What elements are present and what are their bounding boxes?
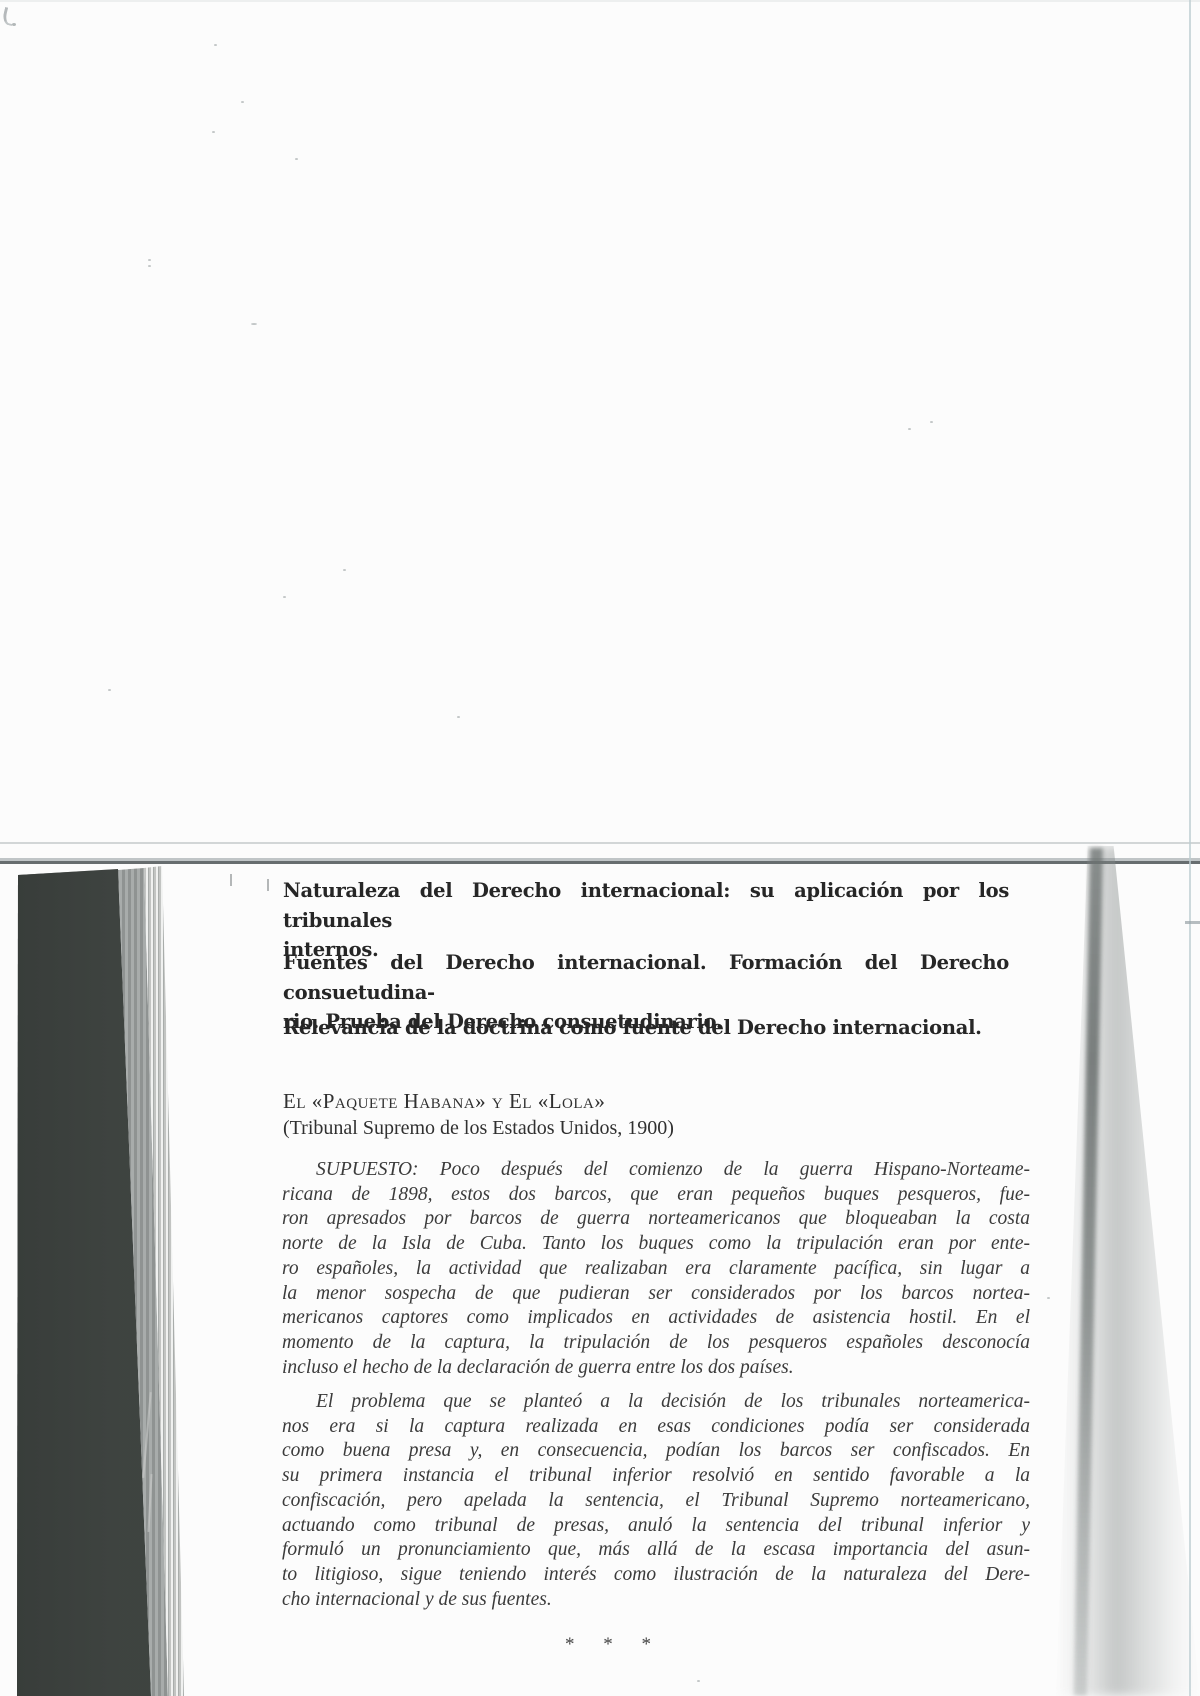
scan-speck	[148, 265, 151, 267]
scan-tick-mark	[267, 879, 269, 891]
scan-speck	[212, 131, 215, 133]
scan-speck	[241, 101, 244, 103]
scanned-page: Naturaleza del Derecho internacional: su…	[0, 0, 1200, 1696]
text-line: nos era si la captura realizada en esas …	[282, 1415, 1030, 1440]
scan-speck	[1047, 1297, 1050, 1299]
text-line: como buena presa y, en consecuencia, pod…	[282, 1439, 1030, 1464]
page-edge-dash	[1185, 921, 1200, 924]
text-line: actuando como tribunal de presas, anuló …	[282, 1514, 1030, 1539]
scan-speck	[295, 158, 298, 160]
text-line: Relevancia de la doctrina como fuente de…	[283, 1013, 1009, 1043]
scan-speck	[214, 44, 217, 46]
text-line: ricana de 1898, estos dos barcos, que er…	[282, 1183, 1030, 1208]
page-edge-rule-light	[0, 842, 1200, 844]
text-line: la menor sospecha de que pudieran ser co…	[282, 1282, 1030, 1307]
text-line: ron apresados por barcos de guerra norte…	[282, 1207, 1030, 1232]
paragraph-problema: El problema que se planteó a la decisión…	[282, 1390, 1030, 1612]
scan-speck	[251, 323, 257, 325]
scan-speck	[697, 1680, 700, 1682]
scan-tick-mark	[230, 874, 232, 886]
text-line: to litigioso, sigue teniendo interés com…	[282, 1563, 1030, 1588]
text-line: cho internacional y de sus fuentes.	[282, 1588, 1030, 1613]
text-line: su primera instancia el tribunal inferio…	[282, 1464, 1030, 1489]
text-line: Naturaleza del Derecho internacional: su…	[283, 876, 1009, 935]
scan-top-hairline	[0, 0, 1200, 2]
scan-speck	[457, 716, 460, 718]
case-title: El «Paquete Habana» y El «Lola»	[283, 1088, 1013, 1114]
text-line: norte de la Isla de Cuba. Tanto los buqu…	[282, 1232, 1030, 1257]
text-line: formuló un pronunciamiento que, más allá…	[282, 1538, 1030, 1563]
text-line: confiscación, pero apelada la sentencia,…	[282, 1489, 1030, 1514]
text-line: El problema que se planteó a la decisión…	[282, 1390, 1030, 1415]
heading-relevancia: Relevancia de la doctrina como fuente de…	[283, 1013, 1009, 1043]
page-edge-line	[1189, 0, 1191, 1696]
scan-speck	[908, 428, 911, 430]
scan-speck	[148, 259, 151, 261]
scan-speck	[108, 689, 111, 691]
asterisk-separator: * * *	[283, 1634, 933, 1656]
book-gutter-shadow	[14, 866, 190, 1696]
corner-pen-dot	[12, 23, 16, 26]
text-line: incluso el hecho de la declaración de gu…	[282, 1356, 1030, 1381]
text-line: ro españoles, la actividad que realizaba…	[282, 1257, 1030, 1282]
scan-speck	[930, 421, 933, 423]
text-line: Fuentes del Derecho internacional. Forma…	[283, 948, 1009, 1007]
text-line: SUPUESTO: Poco después del comienzo de l…	[282, 1158, 1030, 1183]
text-line: momento de la captura, la tripulación de…	[282, 1331, 1030, 1356]
text-line: mericanos captores como implicados en ac…	[282, 1306, 1030, 1331]
scan-speck	[283, 596, 286, 598]
page-edge-rule-dark	[0, 861, 1200, 864]
scan-speck	[343, 569, 346, 571]
paragraph-supuesto: SUPUESTO: Poco después del comienzo de l…	[282, 1158, 1030, 1380]
case-court-line: (Tribunal Supremo de los Estados Unidos,…	[283, 1115, 1013, 1141]
